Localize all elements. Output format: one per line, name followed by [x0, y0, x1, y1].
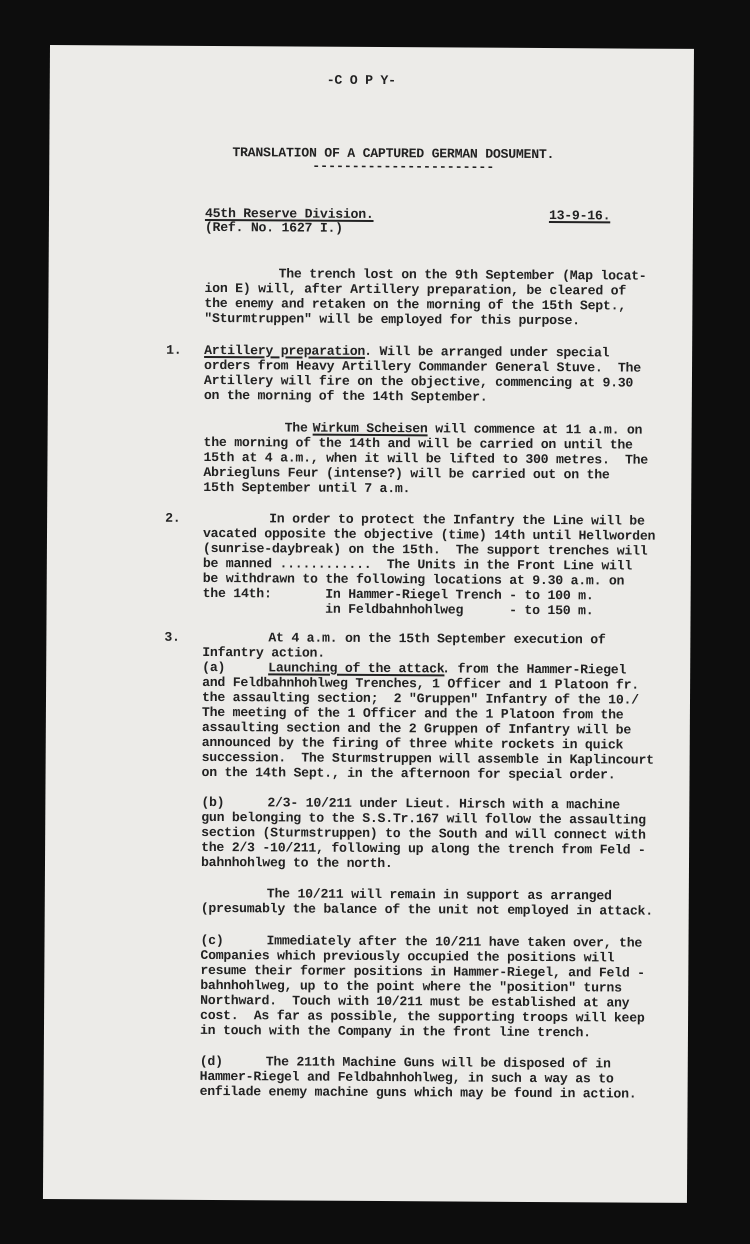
underlined-term: Wirkum Scheisen	[313, 421, 428, 437]
subsection-label: (a)	[202, 660, 225, 675]
subsection-heading: Launching of the attack	[268, 660, 444, 676]
subsection-label: (c)	[200, 933, 223, 948]
subsection-label: (d)	[200, 1054, 223, 1069]
section-number: 1.	[166, 343, 181, 358]
subsection-b: (b) 2/3- 10/211 under Lieut. Hirsch with…	[50, 45, 694, 49]
section-1: 1. Artillery preparation . Will be arran…	[50, 45, 694, 49]
title-rule: -----------------------	[312, 159, 494, 175]
subsection-label: (b)	[201, 795, 224, 810]
intro-paragraph: The trench lost on the 9th September (Ma…	[50, 45, 694, 49]
subsection-d: (d) The 211th Machine Guns will be dispo…	[50, 45, 694, 49]
document-page: -C O P Y- TRANSLATION OF A CAPTURED GERM…	[43, 45, 694, 1203]
section-2: 2. In order to protect the Infantry the …	[50, 45, 694, 49]
reference-number: (Ref. No. 1627 I.)	[205, 220, 343, 236]
section-number: 2.	[165, 511, 180, 526]
subsection-a: (a) Launching of the attack . from the H…	[50, 45, 694, 49]
document-date: 13-9-16.	[549, 208, 610, 223]
section-heading: Artillery preparation	[204, 343, 365, 359]
subsection-c: (c) Immediately after the 10/211 have ta…	[50, 45, 694, 49]
section-number: 3.	[164, 630, 179, 645]
copy-mark: -C O P Y-	[327, 73, 396, 88]
section-3: 3. At 4 a.m. on the 15th September execu…	[50, 45, 694, 49]
